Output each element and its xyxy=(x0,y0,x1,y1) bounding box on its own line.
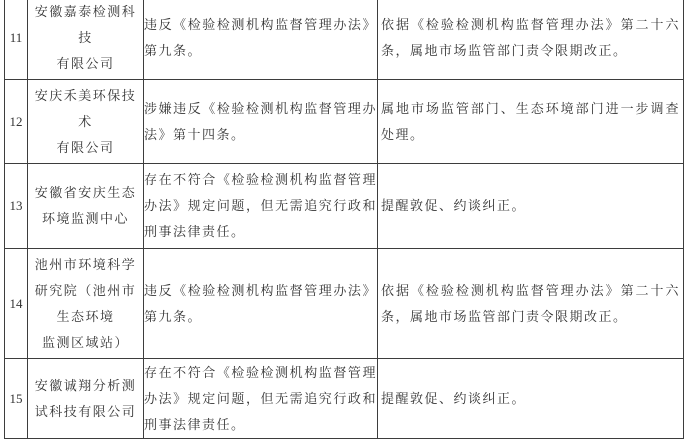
row-number: 14 xyxy=(5,249,28,359)
row-number: 15 xyxy=(5,359,28,439)
supervision-results-table: 11 安徽嘉泰检测科技 有限公司 违反《检验检测机构监督管理办法》第九条。 依据… xyxy=(4,0,684,439)
table-row: 15 安徽诚翔分析测试科技有限公司 存在不符合《检验检测机构监督管理办法》规定问… xyxy=(5,359,684,439)
table-row: 11 安徽嘉泰检测科技 有限公司 违反《检验检测机构监督管理办法》第九条。 依据… xyxy=(5,0,684,80)
org-name: 安徽省安庆生态环境监测中心 xyxy=(28,164,144,249)
org-name: 安庆禾美环保技术 有限公司 xyxy=(28,80,144,164)
row-number: 11 xyxy=(5,0,28,80)
action-text: 属地市场监管部门、生态环境部门进一步调查处理。 xyxy=(378,80,684,164)
violation-text: 违反《检验检测机构监督管理办法》第九条。 xyxy=(144,0,378,80)
action-text: 提醒敦促、约谈纠正。 xyxy=(378,359,684,439)
row-number: 12 xyxy=(5,80,28,164)
violation-text: 涉嫌违反《检验检测机构监督管理办法》第十四条。 xyxy=(144,80,378,164)
org-name: 安徽嘉泰检测科技 有限公司 xyxy=(28,0,144,80)
document-page: 11 安徽嘉泰检测科技 有限公司 违反《检验检测机构监督管理办法》第九条。 依据… xyxy=(0,0,690,445)
action-text: 依据《检验检测机构监督管理办法》第二十六条，属地市场监管部门责令限期改正。 xyxy=(378,249,684,359)
org-name: 池州市环境科学研究院（池州市 生态环境 监测区域站） xyxy=(28,249,144,359)
action-text: 提醒敦促、约谈纠正。 xyxy=(378,164,684,249)
table-row: 14 池州市环境科学研究院（池州市 生态环境 监测区域站） 违反《检验检测机构监… xyxy=(5,249,684,359)
org-name: 安徽诚翔分析测试科技有限公司 xyxy=(28,359,144,439)
action-text: 依据《检验检测机构监督管理办法》第二十六条，属地市场监管部门责令限期改正。 xyxy=(378,0,684,80)
violation-text: 存在不符合《检验检测机构监督管理办法》规定问题，但无需追究行政和刑事法律责任。 xyxy=(144,359,378,439)
violation-text: 存在不符合《检验检测机构监督管理办法》规定问题，但无需追究行政和刑事法律责任。 xyxy=(144,164,378,249)
row-number: 13 xyxy=(5,164,28,249)
violation-text: 违反《检验检测机构监督管理办法》第九条。 xyxy=(144,249,378,359)
table-row: 13 安徽省安庆生态环境监测中心 存在不符合《检验检测机构监督管理办法》规定问题… xyxy=(5,164,684,249)
table-row: 12 安庆禾美环保技术 有限公司 涉嫌违反《检验检测机构监督管理办法》第十四条。… xyxy=(5,80,684,164)
